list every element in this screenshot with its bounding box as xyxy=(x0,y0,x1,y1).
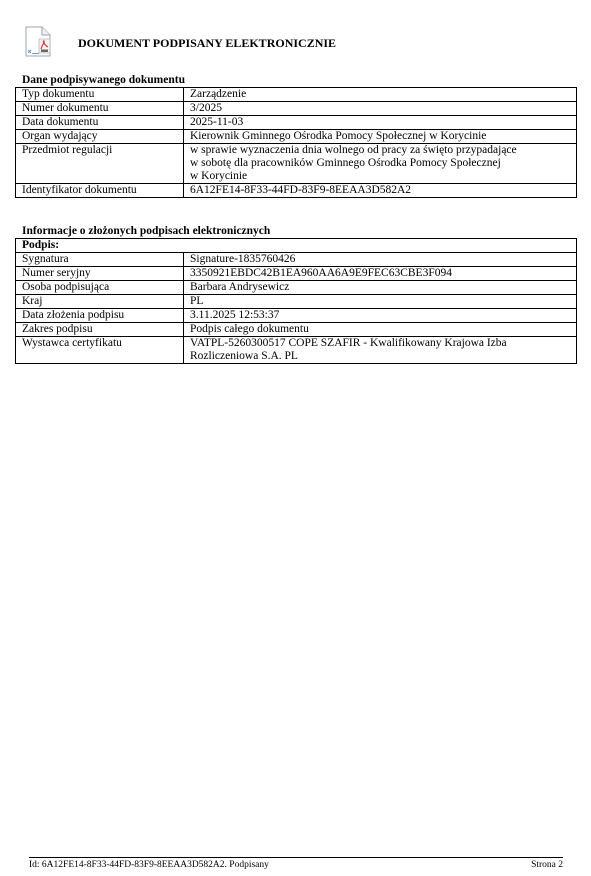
footer-page-number: Strona 2 xyxy=(531,860,563,870)
row-value: Zarządzenie xyxy=(184,88,577,102)
signature-details-table: Podpis: Sygnatura Signature-1835760426 N… xyxy=(15,238,577,364)
row-value: PL xyxy=(184,295,577,309)
page-title: DOKUMENT PODPISANY ELEKTRONICZNIE xyxy=(78,36,336,51)
table-row: Numer dokumentu 3/2025 xyxy=(16,102,577,116)
table-header-row: Podpis: xyxy=(16,239,577,253)
signature-section-heading: Informacje o złożonych podpisach elektro… xyxy=(22,225,270,238)
row-label: Data dokumentu xyxy=(16,116,184,130)
value-line: Rozliczeniowa S.A. PL xyxy=(190,350,576,363)
pdf-document-icon xyxy=(22,25,56,59)
table-row: Przedmiot regulacji w sprawie wyznaczeni… xyxy=(16,144,577,184)
table-row: Wystawca certyfikatu VATPL-5260300517 CO… xyxy=(16,337,577,364)
row-label: Numer seryjny xyxy=(16,267,184,281)
row-label: Sygnatura xyxy=(16,253,184,267)
row-label: Data złożenia podpisu xyxy=(16,309,184,323)
row-value: Signature-1835760426 xyxy=(184,253,577,267)
table-row: Identyfikator dokumentu 6A12FE14-8F33-44… xyxy=(16,184,577,198)
table-row: Data złożenia podpisu 3.11.2025 12:53:37 xyxy=(16,309,577,323)
table-row: Osoba podpisująca Barbara Andrysewicz xyxy=(16,281,577,295)
table-row: Sygnatura Signature-1835760426 xyxy=(16,253,577,267)
row-value: Barbara Andrysewicz xyxy=(184,281,577,295)
row-value: w sprawie wyznaczenia dnia wolnego od pr… xyxy=(184,144,577,184)
row-label: Organ wydający xyxy=(16,130,184,144)
row-value: Kierownik Gminnego Ośrodka Pomocy Społec… xyxy=(184,130,577,144)
value-line: VATPL-5260300517 COPE SZAFIR - Kwalifiko… xyxy=(190,337,576,350)
row-label: Typ dokumentu xyxy=(16,88,184,102)
row-label: Osoba podpisująca xyxy=(16,281,184,295)
row-value: 3350921EBDC42B1EA960AA6A9E9FEC63CBE3F094 xyxy=(184,267,577,281)
row-label: Numer dokumentu xyxy=(16,102,184,116)
row-value: 6A12FE14-8F33-44FD-83F9-8EEAA3D582A2 xyxy=(184,184,577,198)
table-row: Kraj PL xyxy=(16,295,577,309)
signature-header: Podpis: xyxy=(16,239,577,253)
row-value: 3/2025 xyxy=(184,102,577,116)
footer-document-id: Id: 6A12FE14-8F33-44FD-83F9-8EEAA3D582A2… xyxy=(29,860,269,870)
footer-divider xyxy=(29,857,563,858)
row-label: Wystawca certyfikatu xyxy=(16,337,184,364)
table-row: Organ wydający Kierownik Gminnego Ośrodk… xyxy=(16,130,577,144)
table-row: Data dokumentu 2025-11-03 xyxy=(16,116,577,130)
document-details-table: Typ dokumentu Zarządzenie Numer dokument… xyxy=(15,87,577,198)
row-value: Podpis całego dokumentu xyxy=(184,323,577,337)
table-row: Zakres podpisu Podpis całego dokumentu xyxy=(16,323,577,337)
table-row: Typ dokumentu Zarządzenie xyxy=(16,88,577,102)
value-line: w sobotę dla pracowników Gminnego Ośrodk… xyxy=(190,157,576,170)
value-line: w sprawie wyznaczenia dnia wolnego od pr… xyxy=(190,144,576,157)
table-row: Numer seryjny 3350921EBDC42B1EA960AA6A9E… xyxy=(16,267,577,281)
row-value: 2025-11-03 xyxy=(184,116,577,130)
row-label: Zakres podpisu xyxy=(16,323,184,337)
row-label: Kraj xyxy=(16,295,184,309)
row-label: Przedmiot regulacji xyxy=(16,144,184,184)
row-value: VATPL-5260300517 COPE SZAFIR - Kwalifiko… xyxy=(184,337,577,364)
document-section-heading: Dane podpisywanego dokumentu xyxy=(22,74,185,87)
row-value: 3.11.2025 12:53:37 xyxy=(184,309,577,323)
value-line: w Korycinie xyxy=(190,170,576,183)
row-label: Identyfikator dokumentu xyxy=(16,184,184,198)
